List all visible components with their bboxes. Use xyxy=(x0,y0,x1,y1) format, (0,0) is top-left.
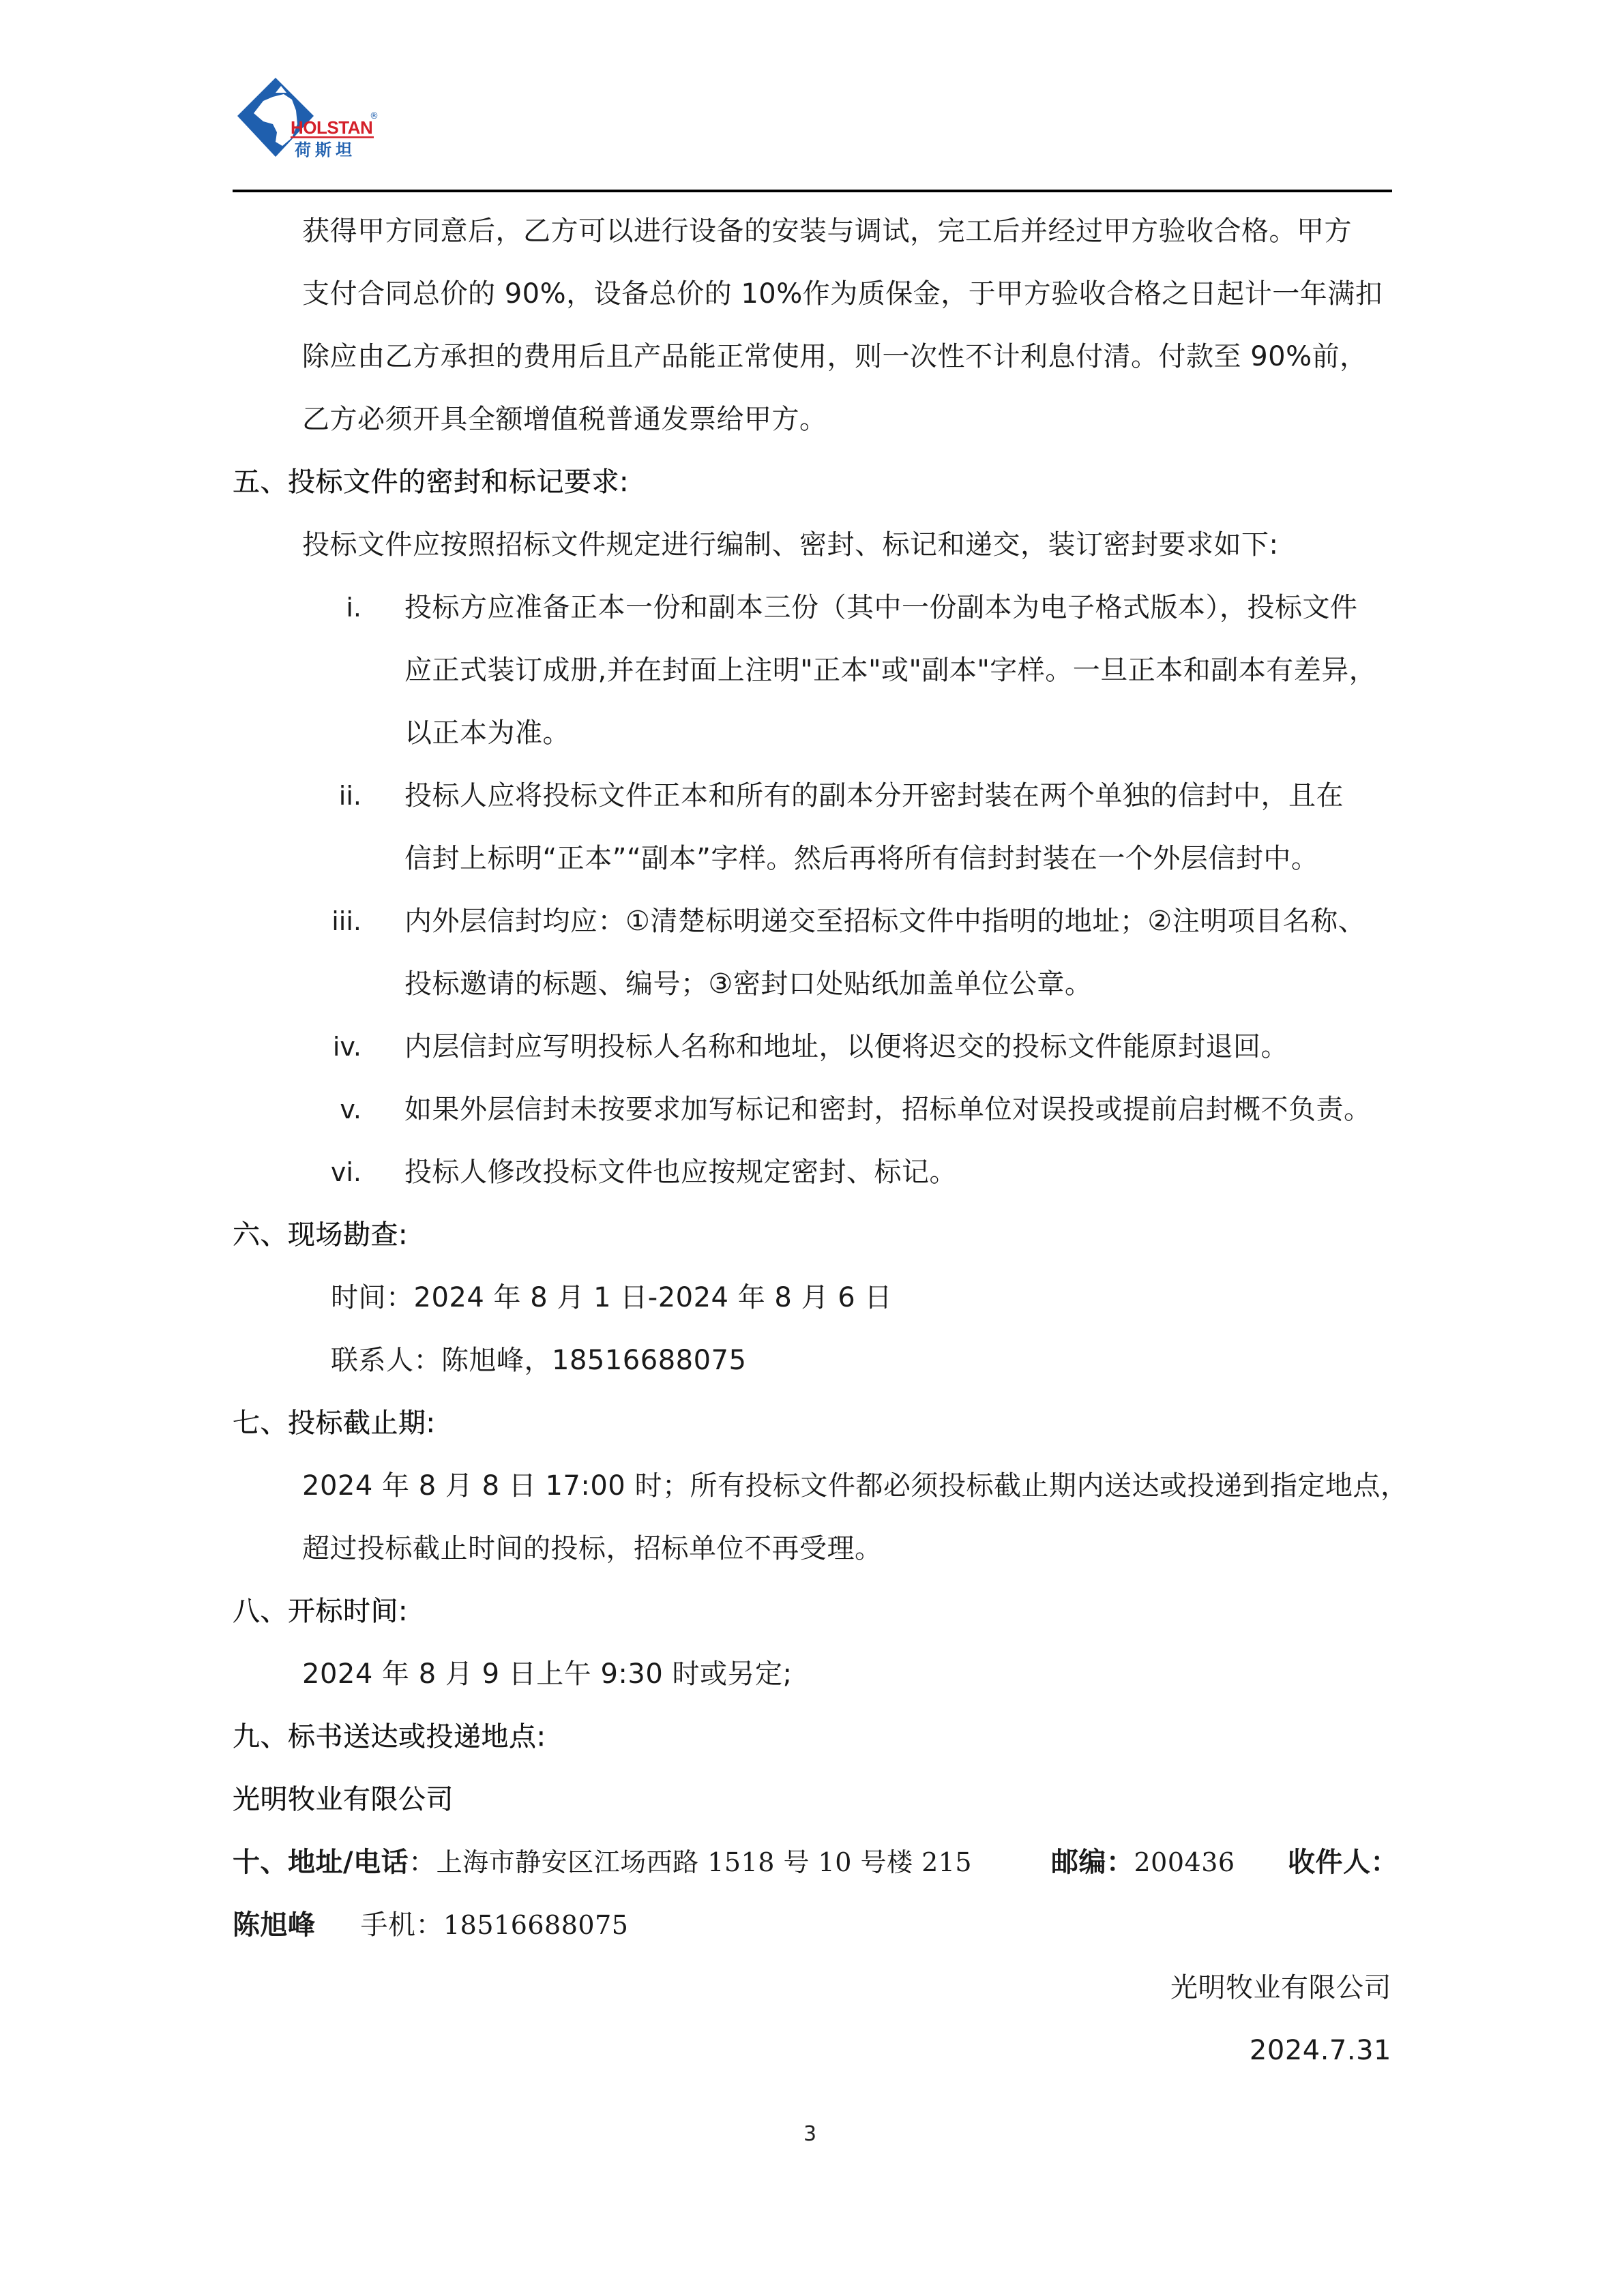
address-colon: ： xyxy=(409,1847,437,1878)
intro-line-4: 乙方必须开具全额增值税普通发票给甲方。 xyxy=(302,403,827,436)
site-visit-time: 时间：2024 年 8 月 1 日-2024 年 8 月 6 日 xyxy=(331,1281,892,1314)
section-5-intro: 投标文件应按照招标文件规定进行编制、密封、标记和递交，装订密封要求如下: xyxy=(302,528,1278,561)
postcode-value: 200436 xyxy=(1134,1847,1235,1877)
section-9-title: 九、标书送达或投递地点: xyxy=(233,1720,546,1753)
mobile-label: 手机： xyxy=(361,1909,444,1941)
list-item-text: 应正式装订成册,并在封面上注明"正本"或"副本"字样。一旦正本和副本有差异， xyxy=(404,654,1376,687)
list-item-text: 内外层信封均应：①清楚标明递交至招标文件中指明的地址；②注明项目名称、 xyxy=(404,905,1365,938)
list-item-text: 投标邀请的标题、编号；③密封口处贴纸加盖单位公章。 xyxy=(404,968,1092,1000)
list-item-text: 信封上标明“正本”“副本”字样。然后再将所有信封封装在一个外层信封中。 xyxy=(404,842,1318,875)
bid-opening-time: 2024 年 8 月 9 日上午 9:30 时或另定; xyxy=(302,1658,793,1690)
list-item-number: v. xyxy=(321,1093,361,1126)
list-item-text: 投标人应将投标文件正本和所有的副本分开密封装在两个单独的信封中，且在 xyxy=(404,779,1344,812)
delivery-company: 光明牧业有限公司 xyxy=(233,1783,454,1816)
site-visit-contact: 联系人：陈旭峰，18516688075 xyxy=(331,1344,746,1377)
list-item-number: ii. xyxy=(321,779,361,812)
intro-line-3: 除应由乙方承担的费用后且产品能正常使用，则一次性不计利息付清。付款至 90%前， xyxy=(302,340,1368,373)
section-5-title: 五、投标文件的密封和标记要求: xyxy=(233,466,629,498)
list-item-number: vi. xyxy=(321,1156,361,1189)
postcode-label: 邮编： xyxy=(1051,1847,1134,1878)
section-8-title: 八、开标时间: xyxy=(233,1595,408,1628)
list-item-number: iv. xyxy=(321,1030,361,1063)
svg-text:荷斯坦: 荷斯坦 xyxy=(295,140,356,160)
cow-diamond-logo-icon: HOLSTAN 荷斯坦 ® xyxy=(233,74,383,162)
document-page: HOLSTAN 荷斯坦 ® 获得甲方同意后，乙方可以进行设备的安装与调试，完工后… xyxy=(0,0,1624,2296)
address-value: 上海市静安区江场西路 1518 号 10 号楼 215 xyxy=(437,1847,973,1877)
list-item-text: 投标方应准备正本一份和副本三份（其中一份副本为电子格式版本），投标文件 xyxy=(404,591,1358,624)
list-item-text: 如果外层信封未按要求加写标记和密封，招标单位对误投或提前启封概不负责。 xyxy=(404,1093,1372,1126)
section-6-title: 六、现场勘查: xyxy=(233,1219,408,1251)
recipient-name: 陈旭峰 xyxy=(233,1909,316,1941)
postcode-line: 邮编：200436 xyxy=(1051,1846,1235,1879)
header-divider xyxy=(233,190,1392,192)
svg-text:®: ® xyxy=(370,111,379,121)
section-10-address-line: 十、地址/电话：上海市静安区江场西路 1518 号 10 号楼 215 xyxy=(233,1846,972,1879)
intro-line-2: 支付合同总价的 90%，设备总价的 10%作为质保金，于甲方验收合格之日起计一年… xyxy=(302,278,1383,310)
list-item-text: 以正本为准。 xyxy=(404,717,570,749)
mobile-value: 18516688075 xyxy=(443,1910,628,1940)
list-item-number: iii. xyxy=(321,905,361,938)
address-label: 十、地址/电话 xyxy=(233,1847,409,1878)
recipient-label: 收件人： xyxy=(1288,1846,1398,1879)
recipient-line: 陈旭峰手机：18516688075 xyxy=(233,1909,628,1941)
signature-date: 2024.7.31 xyxy=(1250,2034,1391,2067)
intro-line-1: 获得甲方同意后，乙方可以进行设备的安装与调试，完工后并经过甲方验收合格。甲方 xyxy=(302,215,1352,248)
list-item-text: 投标人修改投标文件也应按规定密封、标记。 xyxy=(404,1156,957,1189)
svg-text:HOLSTAN: HOLSTAN xyxy=(291,117,372,138)
section-7-title: 七、投标截止期: xyxy=(233,1407,435,1440)
signature-company: 光明牧业有限公司 xyxy=(1170,1971,1391,2004)
holstan-logo: HOLSTAN 荷斯坦 ® xyxy=(233,74,383,162)
deadline-line-1: 2024 年 8 月 8 日 17:00 时；所有投标文件都必须投标截止期内送达… xyxy=(302,1470,1408,1502)
list-item-text: 内层信封应写明投标人名称和地址，以便将迟交的投标文件能原封退回。 xyxy=(404,1030,1288,1063)
page-number: 3 xyxy=(803,2122,816,2146)
deadline-line-2: 超过投标截止时间的投标，招标单位不再受理。 xyxy=(302,1532,883,1565)
list-item-number: i. xyxy=(321,591,361,624)
